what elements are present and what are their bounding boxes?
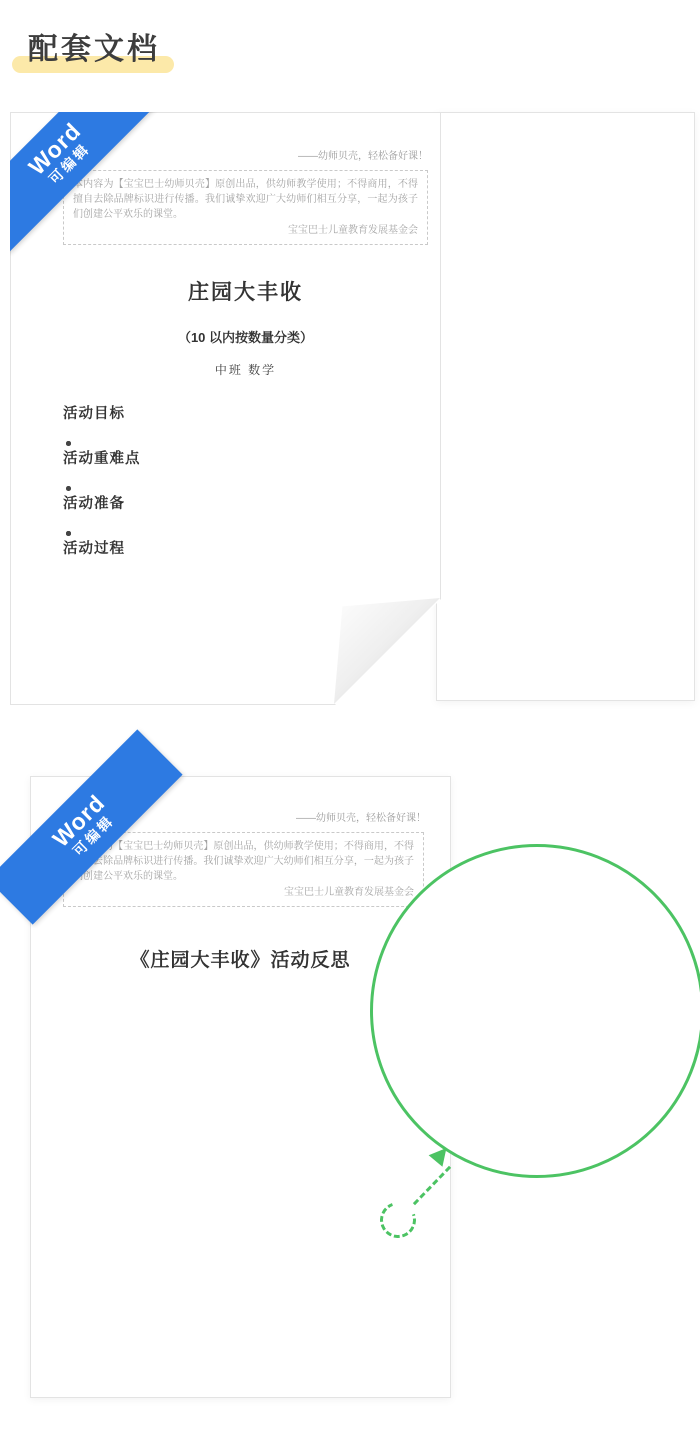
doc-title: 庄园大丰收 bbox=[63, 276, 428, 306]
disclaimer-text: 本内容为【宝宝巴士幼师贝壳】原创出品，供幼师教学使用；不得商用，不得擅自去除品牌… bbox=[73, 177, 418, 222]
doc-meta: 中班 数学 bbox=[63, 361, 428, 378]
disclaimer-box: 本内容为【宝宝巴士幼师贝壳】原创出品，供幼师教学使用；不得商用，不得擅自去除品牌… bbox=[63, 832, 424, 907]
disclaimer-text: 本内容为【宝宝巴士幼师贝壳】原创出品，供幼师教学使用；不得商用，不得擅自去除品牌… bbox=[73, 839, 414, 884]
arrow-head-icon bbox=[429, 1142, 454, 1167]
section-heading: 活动重难点 bbox=[63, 447, 428, 468]
page-title-text: 配套文档 bbox=[28, 33, 160, 66]
section-heading: 活动准备 bbox=[63, 492, 428, 513]
doc-section: 活动过程 bbox=[63, 537, 428, 558]
doc-subtitle: （10 以内按数量分类） bbox=[63, 327, 428, 346]
arrow-sketch-icon bbox=[376, 1140, 480, 1252]
section-heading: 活动过程 bbox=[63, 537, 428, 558]
reflection-body: ——幼师贝壳，轻松备好课！ 本内容为【宝宝巴士幼师贝壳】原创出品，供幼师教学使用… bbox=[31, 777, 450, 1397]
brand-slogan: ——幼师贝壳，轻松备好课！ bbox=[63, 147, 428, 162]
section-heading: 活动目标 bbox=[63, 402, 428, 423]
disclaimer-signature: 宝宝巴士儿童教育发展基金会 bbox=[73, 885, 414, 900]
doc-section: 活动目标 bbox=[63, 402, 428, 423]
lesson-plan-page2 bbox=[436, 112, 695, 701]
page2-text bbox=[437, 113, 694, 700]
doc-sections: 活动目标 活动重难点 活动准备 bbox=[63, 402, 428, 558]
page-title: 配套文档 bbox=[28, 24, 160, 68]
arrow-dashed-line-icon bbox=[413, 1166, 451, 1205]
magnifier-circle bbox=[370, 844, 700, 1178]
page: 配套文档 Word 可编辑 ——幼师贝壳，轻松备好课！ 本内容为【宝宝巴士幼师贝… bbox=[0, 0, 700, 1433]
doc-section: 活动准备 bbox=[63, 492, 428, 513]
doc-section: 活动重难点 bbox=[63, 447, 428, 468]
disclaimer-signature: 宝宝巴士儿童教育发展基金会 bbox=[73, 223, 418, 238]
disclaimer-box: 本内容为【宝宝巴士幼师贝壳】原创出品，供幼师教学使用；不得商用，不得擅自去除品牌… bbox=[63, 170, 428, 245]
lesson-plan-page1: Word 可编辑 ——幼师贝壳，轻松备好课！ 本内容为【宝宝巴士幼师贝壳】原创出… bbox=[10, 112, 441, 705]
